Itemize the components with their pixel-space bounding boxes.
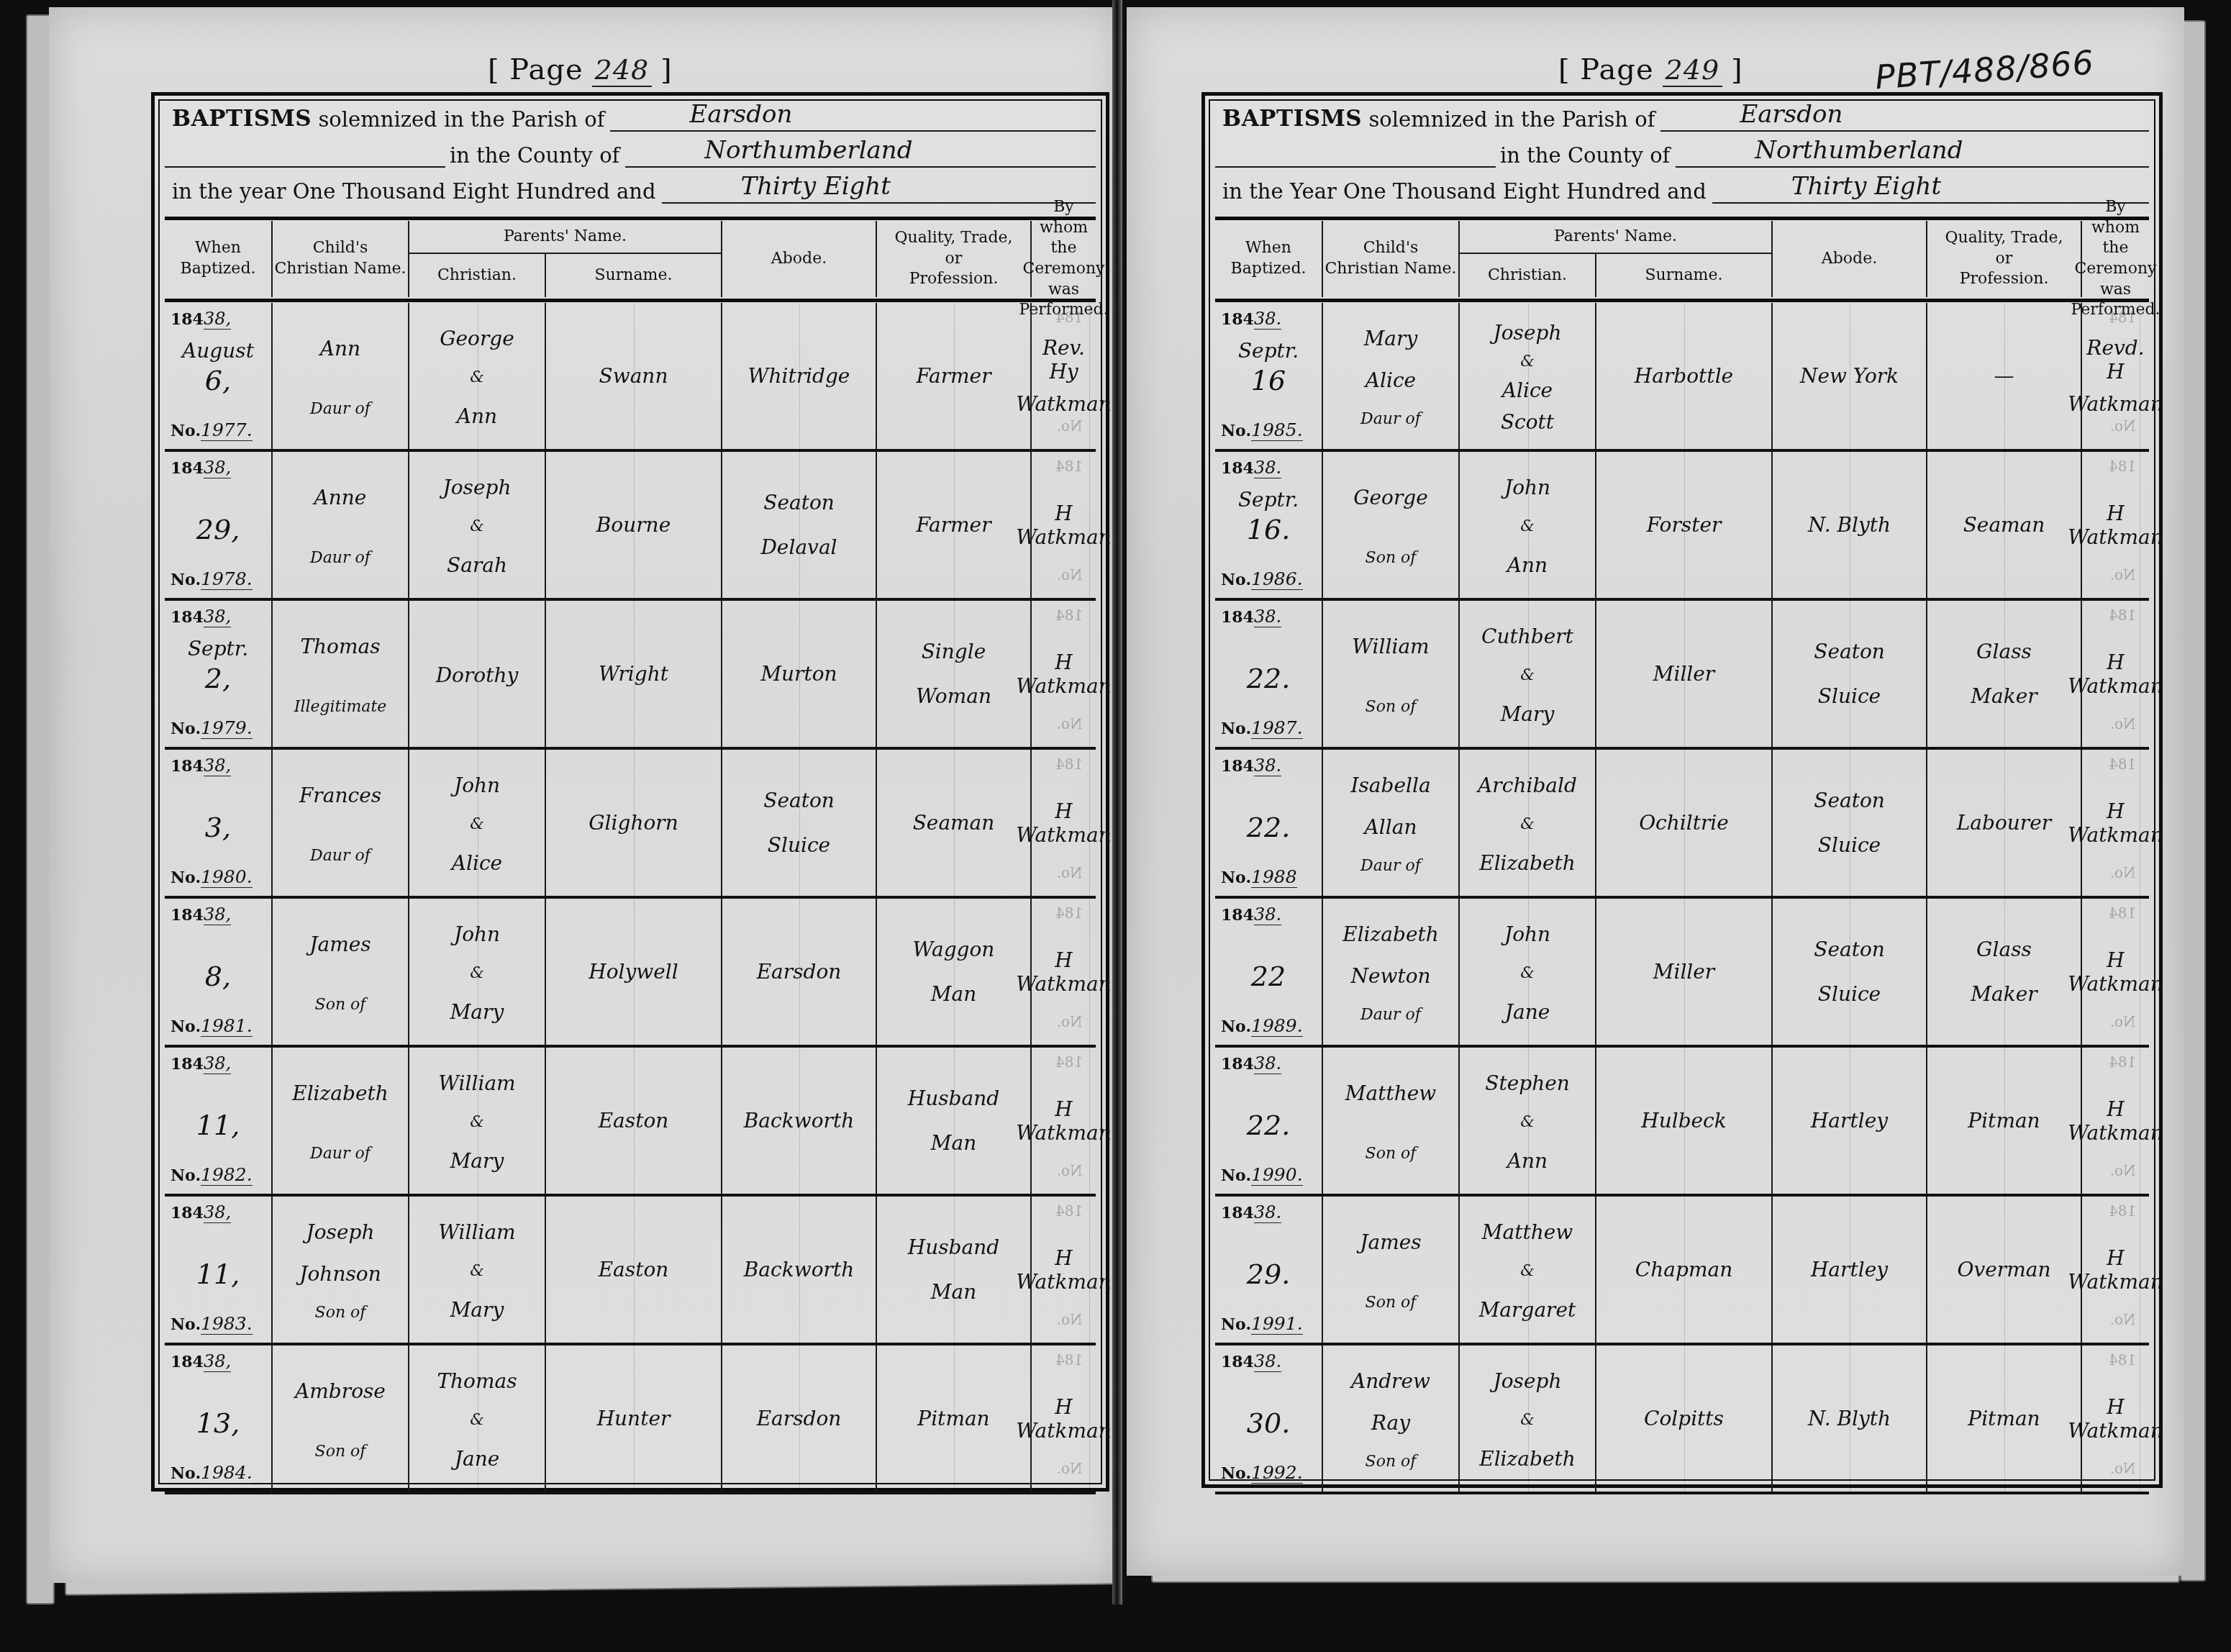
child-relation: Son of (315, 1443, 366, 1461)
quality-cell: Pitman (1927, 1345, 2082, 1492)
father-name: William (438, 1220, 515, 1244)
child-relation: Son of (315, 996, 366, 1014)
year-suffix: 38, (204, 1053, 231, 1074)
page-label: [ Page (488, 53, 583, 86)
child-name-cell: Matthew Son of (1323, 1048, 1460, 1194)
baptism-day: 13, (172, 1407, 264, 1439)
year-stamp: 18438, (171, 607, 231, 627)
register-entry-row: 18438, August 6, No.1977. Ann Daur of Ge… (165, 303, 1096, 452)
by-whom-cell: H Watkman 184 No. (2082, 750, 2149, 896)
county-value: Northumberland (704, 136, 912, 165)
abode-value: New York (1800, 364, 1899, 388)
register-title: BAPTISMS (1222, 106, 1362, 132)
by-whom-cell: Rev. HyWatkman 184 No. (1032, 303, 1096, 449)
child-second-name: Johnson (299, 1262, 381, 1286)
baptism-day: 16. (1222, 514, 1314, 545)
ampersand: & (1520, 1411, 1535, 1429)
by-whom-cell: Revd. HWatkman 184 No. (2082, 303, 2149, 449)
bleed-through-year: 184 (2109, 1053, 2136, 1071)
father-name: Matthew (1482, 1220, 1573, 1244)
child-name: Matthew (1345, 1081, 1436, 1105)
father-name: George (440, 327, 514, 350)
mother-name: Elizabeth (1479, 1447, 1576, 1471)
abode-value: Earsdon (757, 960, 842, 984)
bleed-through-year: 184 (1055, 904, 1083, 922)
surname-value: Harbottle (1635, 364, 1733, 388)
parish-label: solemnized in the Parish of (318, 107, 604, 132)
child-name: Frances (299, 784, 381, 807)
officiant-value: H Watkman (2068, 948, 2163, 996)
page-label: [ Page (1558, 53, 1654, 86)
column-headers: WhenBaptized.Child'sChristian Name.Paren… (1215, 221, 2149, 297)
year-stamp: 18438. (1221, 1351, 1281, 1371)
abode-cell: Backworth (722, 1197, 877, 1343)
quality-value: Farmer (916, 513, 991, 537)
entry-number-value: 1989. (1251, 1015, 1303, 1037)
quality-cell: Seaman (1927, 452, 2082, 598)
entry-number-value: 1990. (1251, 1164, 1303, 1186)
by-whom-cell: H Watkman 184 No. (2082, 601, 2149, 747)
abode-cell: New York (1773, 303, 1927, 449)
abode-line2: Delaval (760, 535, 837, 559)
parents-christian-cell: John & Mary (409, 899, 546, 1045)
parents-christian-cell: Stephen & Ann (1460, 1048, 1596, 1194)
mother-name: Ann (457, 404, 497, 428)
entry-number-value: 1986. (1251, 568, 1303, 590)
by-whom-cell: H Watkman 184 No. (1032, 1048, 1096, 1194)
parish-value: Earsdon (689, 100, 792, 129)
when-line: When (195, 238, 241, 259)
entry-number-value: 1987. (1251, 717, 1303, 739)
child-relation: Illegitimate (294, 698, 387, 716)
parents-christian-cell: John & Jane (1460, 899, 1596, 1045)
by-whom-cell: H Watkman 184 No. (1032, 601, 1096, 747)
abode-cell: Backworth (722, 1048, 877, 1194)
officiant-value: H Watkman (2068, 1395, 2163, 1443)
quality-cell: WaggonMan (877, 899, 1032, 1045)
abode-line2: Sluice (768, 833, 830, 857)
year-value: Thirty Eight (741, 172, 891, 201)
year-stamp: 18438, (171, 1351, 231, 1371)
entry-number: No.1990. (1221, 1164, 1303, 1185)
child-relation: Son of (1366, 698, 1417, 716)
child-name-cell: Andrew Ray Son of (1323, 1345, 1460, 1492)
mother-name: Alice (452, 851, 502, 875)
archive-reference: PBT/488/866 (1873, 42, 2095, 96)
abode-cell: N. Blyth (1773, 1345, 1927, 1492)
bleed-through-year: 184 (2109, 458, 2136, 475)
surname-value: Holywell (589, 960, 678, 984)
entry-number-value: 1988 (1251, 866, 1297, 888)
col-header-christian: Christian. (409, 254, 546, 297)
abode-line1: Seaton (1814, 938, 1885, 961)
year-stamp: 18438. (1221, 607, 1281, 627)
bleed-through-no: No. (2110, 417, 2136, 435)
year-stamp: 18438, (171, 458, 231, 478)
surname-cell: Hunter (546, 1345, 722, 1492)
surname-cell: Easton (546, 1197, 722, 1343)
surname-cell: Bourne (546, 452, 722, 598)
by_whom-line: By whom the (2082, 197, 2149, 259)
abode-line1: Seaton (763, 491, 835, 514)
register-entry-row: 18438. 30. No.1992. Andrew Ray Son of Jo… (1215, 1345, 2149, 1494)
year-stamp: 18438, (171, 309, 231, 329)
year-suffix: 38. (1254, 458, 1281, 478)
child-relation: Daur of (1360, 410, 1421, 428)
father-name: John (454, 922, 500, 946)
entry-number-value: 1977. (201, 419, 253, 441)
abode-value: Hartley (1811, 1109, 1888, 1133)
parents-christian-cell: Archibald & Elizabeth (1460, 750, 1596, 896)
baptism-day: 22. (1222, 1109, 1314, 1141)
year-suffix: 38, (204, 458, 231, 478)
quality-line: Quality, Trade, (894, 228, 1012, 249)
abode-cell: SeatonDelaval (722, 452, 877, 598)
bleed-through-year: 184 (1055, 1351, 1083, 1369)
ampersand: & (1520, 1113, 1535, 1131)
father-name: William (438, 1071, 515, 1095)
entry-number: No.1987. (1221, 717, 1303, 738)
year-suffix: 38, (204, 904, 231, 925)
baptism-day: 16 (1222, 365, 1314, 396)
father-name: John (454, 773, 500, 797)
officiant-value: H Watkman (2068, 1246, 2163, 1294)
child-name: Elizabeth (292, 1081, 389, 1105)
year-suffix: 38, (204, 1351, 231, 1372)
parents-christian-cell: Joseph & Elizabeth (1460, 1345, 1596, 1492)
mother-name: Margaret (1479, 1298, 1576, 1322)
abode-line1: Seaton (1814, 789, 1885, 812)
by-whom-cell: H Watkman 184 No. (1032, 750, 1096, 896)
entry-number: No.1981. (171, 1015, 253, 1036)
entry-number-value: 1981. (201, 1015, 253, 1037)
officiant-value: H Watkman (1016, 1395, 1112, 1443)
parish-label: solemnized in the Parish of (1368, 107, 1655, 132)
parents-christian-cell: Matthew & Margaret (1460, 1197, 1596, 1343)
surname-cell: Wright (546, 601, 722, 747)
year-label: in the year One Thousand Eight Hundred a… (172, 179, 656, 204)
abode-value: N. Blyth (1808, 1407, 1891, 1430)
entry-number: No.1988 (1221, 866, 1297, 887)
when-line: Baptized. (181, 259, 256, 280)
entry-number: No.1986. (1221, 568, 1303, 589)
quality-value: Overman (1957, 1258, 2050, 1281)
baptism-day: 22. (1222, 663, 1314, 694)
bleed-through-no: No. (1057, 1162, 1083, 1179)
parents-name-header: Parents' Name. (1554, 227, 1677, 248)
surname-value: Swann (599, 364, 668, 388)
quality-cell: HusbandMan (877, 1048, 1032, 1194)
register-entry-row: 18438. 22. No.1988 Isabella Allan Daur o… (1215, 750, 2149, 899)
ampersand: & (1520, 666, 1535, 684)
entry-number: No.1984. (171, 1462, 253, 1483)
when-baptized-cell: 18438. 29. No.1991. (1215, 1197, 1323, 1343)
entry-number-value: 1992. (1251, 1462, 1303, 1484)
quality-line2: Maker (1971, 982, 2037, 1006)
baptism-month: August (169, 339, 267, 363)
bleed-through-year: 184 (1055, 1202, 1083, 1220)
abode-header: Abode. (1822, 249, 1877, 270)
year-suffix: 38. (1254, 904, 1281, 925)
col-header-quality: Quality, Trade,orProfession. (877, 221, 1032, 297)
mother-name: Sarah (447, 553, 507, 577)
quality-value: Pitman (1968, 1407, 2040, 1430)
when-baptized-cell: 18438. 22 No.1989. (1215, 899, 1323, 1045)
by-whom-cell: H Watkman 184 No. (2082, 1345, 2149, 1492)
col-header-by-whom: By whom theCeremonywas Performed. (2082, 221, 2149, 297)
ampersand: & (1520, 517, 1535, 535)
child-line: Child's (1363, 238, 1419, 259)
ampersand: & (470, 815, 484, 833)
entry-number: No.1980. (171, 866, 253, 887)
surname-cell: Chapman (1596, 1197, 1773, 1343)
year-stamp: 18438, (171, 904, 231, 925)
mother-name: Alice (1502, 378, 1553, 402)
officiant-value: H Watkman (1016, 948, 1112, 996)
bleed-through-year: 184 (2109, 755, 2136, 773)
ampersand: & (1520, 353, 1535, 371)
surname-cell: Holywell (546, 899, 722, 1045)
register-book-spread: [ Page 248 ] BAPTISMS solemnized in the … (0, 0, 2231, 1652)
col-header-child-name: Child'sChristian Name. (273, 221, 409, 297)
officiant-value: H Watkman (2068, 650, 2163, 698)
child-name-cell: Ann Daur of (273, 303, 409, 449)
register-entry-row: 18438. 22. No.1987. William Son of Cuthb… (1215, 601, 2149, 750)
child-name: James (1360, 1230, 1421, 1254)
officiant-line2: Watkman (2068, 392, 2163, 416)
by-whom-cell: H Watkman 184 No. (2082, 1197, 2149, 1343)
child-relation: Son of (315, 1304, 366, 1322)
ampersand: & (470, 1113, 484, 1131)
register-entry-row: 18438, 3, No.1980. Frances Daur of John … (165, 750, 1096, 899)
register-heading: BAPTISMS solemnized in the Parish of Ear… (165, 104, 1096, 212)
surname-value: Miller (1653, 662, 1715, 686)
child-name-cell: Ambrose Son of (273, 1345, 409, 1492)
quality-value: Pitman (1968, 1109, 2040, 1133)
register-rows: 18438, August 6, No.1977. Ann Daur of Ge… (165, 303, 1096, 1478)
ampersand: & (1520, 815, 1535, 833)
father-name: Archibald (1478, 773, 1577, 797)
quality-line: Quality, Trade, (1945, 228, 2063, 249)
baptism-register-table: BAPTISMS solemnized in the Parish of Ear… (1201, 92, 2163, 1488)
officiant-value: H Watkman (1016, 650, 1112, 698)
ampersand: & (470, 1262, 484, 1280)
register-entry-row: 18438. 22 No.1989. Elizabeth Newton Daur… (1215, 899, 2149, 1048)
mother-name: Ann (1507, 553, 1548, 577)
officiant-line1: Revd. H (2085, 336, 2146, 383)
father-name: John (1504, 476, 1550, 499)
child-name: Joseph (306, 1220, 375, 1244)
baptism-day: 2, (172, 663, 264, 694)
surname-cell: Colpitts (1596, 1345, 1773, 1492)
page-number: [ Page 248 ] (488, 53, 673, 87)
when-baptized-cell: 18438, 11, No.1983. (165, 1197, 273, 1343)
christian-header: Christian. (1488, 265, 1567, 286)
year-suffix: 38, (204, 755, 231, 776)
christian-header: Christian. (437, 265, 517, 286)
book-gutter (1112, 0, 1122, 1605)
baptism-month: Septr. (1219, 339, 1317, 363)
year-suffix: 38. (1254, 1202, 1281, 1223)
by_whom-line: Ceremony (2074, 259, 2156, 280)
father-name: Cuthbert (1481, 625, 1573, 648)
register-entry-row: 18438, Septr. 2, No.1979. Thomas Illegit… (165, 601, 1096, 750)
child-relation: Daur of (1360, 1006, 1421, 1024)
surname-header: Surname. (1645, 265, 1723, 286)
ampersand: & (470, 1411, 484, 1429)
abode-line1: Seaton (1814, 640, 1885, 663)
bleed-through-year: 184 (2109, 1202, 2136, 1220)
page-number-value: 249 (1663, 54, 1723, 87)
by-whom-cell: H Watkman 184 No. (1032, 1197, 1096, 1343)
year-suffix: 38. (1254, 1053, 1281, 1074)
father-name: Joseph (1494, 321, 1562, 345)
child-name: Ann (320, 337, 360, 360)
father-name: Dorothy (436, 663, 519, 687)
officiant-value: H Watkman (1016, 501, 1112, 549)
by-whom-cell: H Watkman 184 No. (1032, 452, 1096, 598)
when-baptized-cell: 18438. 30. No.1992. (1215, 1345, 1323, 1492)
quality-line2: Man (931, 1131, 976, 1155)
col-header-when-baptized: WhenBaptized. (1215, 221, 1323, 297)
year-stamp: 18438. (1221, 904, 1281, 925)
right-page: [ Page 249 ] PBT/488/866 BAPTISMS solemn… (1127, 7, 2184, 1576)
surname-cell: Miller (1596, 601, 1773, 747)
quality-cell: Overman (1927, 1197, 2082, 1343)
mother-name: Jane (1505, 1000, 1550, 1024)
child-relation: Son of (1366, 549, 1417, 567)
child-line: Christian Name. (1324, 259, 1456, 280)
baptism-day: 6, (172, 365, 264, 396)
when-baptized-cell: 18438, August 6, No.1977. (165, 303, 273, 449)
officiant-value: H Watkman (2068, 799, 2163, 847)
parents-christian-cell: Joseph & Sarah (409, 452, 546, 598)
when-baptized-cell: 18438. 22. No.1990. (1215, 1048, 1323, 1194)
year-suffix: 38, (204, 1202, 231, 1223)
entry-number: No.1979. (171, 717, 253, 738)
child-name: Andrew (1351, 1369, 1430, 1393)
register-entry-row: 18438, 8, No.1981. James Son of John & M… (165, 899, 1096, 1048)
surname-value: Easton (599, 1258, 669, 1281)
surname-value: Wright (599, 662, 668, 686)
ampersand: & (470, 368, 484, 386)
quality-cell: Seaman (877, 750, 1032, 896)
quality-cell: Labourer (1927, 750, 2082, 896)
when-baptized-cell: 18438. Septr. 16. No.1986. (1215, 452, 1323, 598)
parents-name-header: Parents' Name. (504, 227, 627, 248)
quality-line1: Single (922, 640, 986, 663)
col-header-child-name: Child'sChristian Name. (1323, 221, 1460, 297)
surname-value: Miller (1653, 960, 1715, 984)
child-name-cell: Elizabeth Daur of (273, 1048, 409, 1194)
mother-surname: Scott (1501, 410, 1554, 434)
officiant-value: H Watkman (2068, 1097, 2163, 1145)
county-label: in the County of (1500, 143, 1670, 168)
surname-cell: Ochiltrie (1596, 750, 1773, 896)
child-name: George (1353, 486, 1428, 509)
when-line: When (1245, 238, 1291, 259)
abode-cell: Hartley (1773, 1197, 1927, 1343)
parents-christian-cell: Cuthbert & Mary (1460, 601, 1596, 747)
child-name-cell: James Son of (273, 899, 409, 1045)
officiant-line2: Watkman (1016, 392, 1112, 416)
col-header-surname: Surname. (546, 254, 722, 297)
register-heading: BAPTISMS solemnized in the Parish of Ear… (1215, 104, 2149, 212)
child-relation: Son of (1366, 1453, 1417, 1471)
baptism-register-table: BAPTISMS solemnized in the Parish of Ear… (151, 92, 1109, 1492)
abode-cell: N. Blyth (1773, 452, 1927, 598)
year-stamp: 18438. (1221, 458, 1281, 478)
child-name: Ambrose (295, 1379, 386, 1403)
year-suffix: 38, (204, 607, 231, 627)
surname-value: Hunter (597, 1407, 671, 1430)
by-whom-cell: H Watkman 184 No. (2082, 899, 2149, 1045)
child-name-cell: Isabella Allan Daur of (1323, 750, 1460, 896)
bleed-through-year: 184 (1055, 458, 1083, 475)
entry-number: No.1977. (171, 419, 253, 440)
surname-cell: Miller (1596, 899, 1773, 1045)
bleed-through-year: 184 (1055, 607, 1083, 624)
bleed-through-no: No. (1057, 864, 1083, 881)
quality-line2: Woman (916, 684, 991, 708)
child-name: James (309, 932, 371, 956)
year-suffix: 38. (1254, 1351, 1281, 1372)
child-second-name: Alice (1366, 368, 1416, 392)
quality-value: Pitman (917, 1407, 989, 1430)
abode-cell: SeatonSluice (1773, 750, 1927, 896)
quality-cell: GlassMaker (1927, 899, 2082, 1045)
entry-number-value: 1979. (201, 717, 253, 739)
bleed-through-no: No. (2110, 1311, 2136, 1328)
bleed-through-year: 184 (1055, 309, 1083, 326)
parents-christian-cell: John & Alice (409, 750, 546, 896)
entry-number: No.1983. (171, 1313, 253, 1334)
officiant-value: H Watkman (1016, 1246, 1112, 1294)
col-header-when-baptized: WhenBaptized. (165, 221, 273, 297)
bleed-through-no: No. (2110, 1013, 2136, 1030)
register-entry-row: 18438, 29, No.1978. Anne Daur of Joseph … (165, 452, 1096, 601)
baptism-month: Septr. (1219, 488, 1317, 512)
child-name-cell: Anne Daur of (273, 452, 409, 598)
surname-cell: Easton (546, 1048, 722, 1194)
father-name: John (1504, 922, 1550, 946)
baptism-day: 29. (1222, 1258, 1314, 1290)
year-suffix: 38, (204, 309, 231, 330)
parents-christian-cell: Dorothy (409, 601, 546, 747)
entry-number-value: 1982. (201, 1164, 253, 1186)
child-name-cell: Mary Alice Daur of (1323, 303, 1460, 449)
bleed-through-year: 184 (1055, 755, 1083, 773)
mother-name: Mary (450, 1149, 504, 1173)
entry-number-value: 1984. (201, 1462, 253, 1484)
parents-christian-cell: George & Ann (409, 303, 546, 449)
abode-value: Hartley (1811, 1258, 1888, 1281)
child-name-cell: Thomas Illegitimate (273, 601, 409, 747)
quality-cell: HusbandMan (877, 1197, 1032, 1343)
bleed-through-no: No. (2110, 864, 2136, 881)
year-stamp: 18438, (171, 1053, 231, 1074)
col-header-christian: Christian. (1460, 254, 1596, 297)
parents-christian-cell: William & Mary (409, 1197, 546, 1343)
quality-cell: Farmer (877, 303, 1032, 449)
child-name-cell: William Son of (1323, 601, 1460, 747)
surname-value: Hulbeck (1641, 1109, 1727, 1133)
baptism-day: 11, (172, 1258, 264, 1290)
baptism-day: 30. (1222, 1407, 1314, 1439)
year-label: in the Year One Thousand Eight Hundred a… (1222, 179, 1707, 204)
baptism-month: Septr. (169, 637, 267, 661)
quality-line: or (945, 249, 963, 270)
